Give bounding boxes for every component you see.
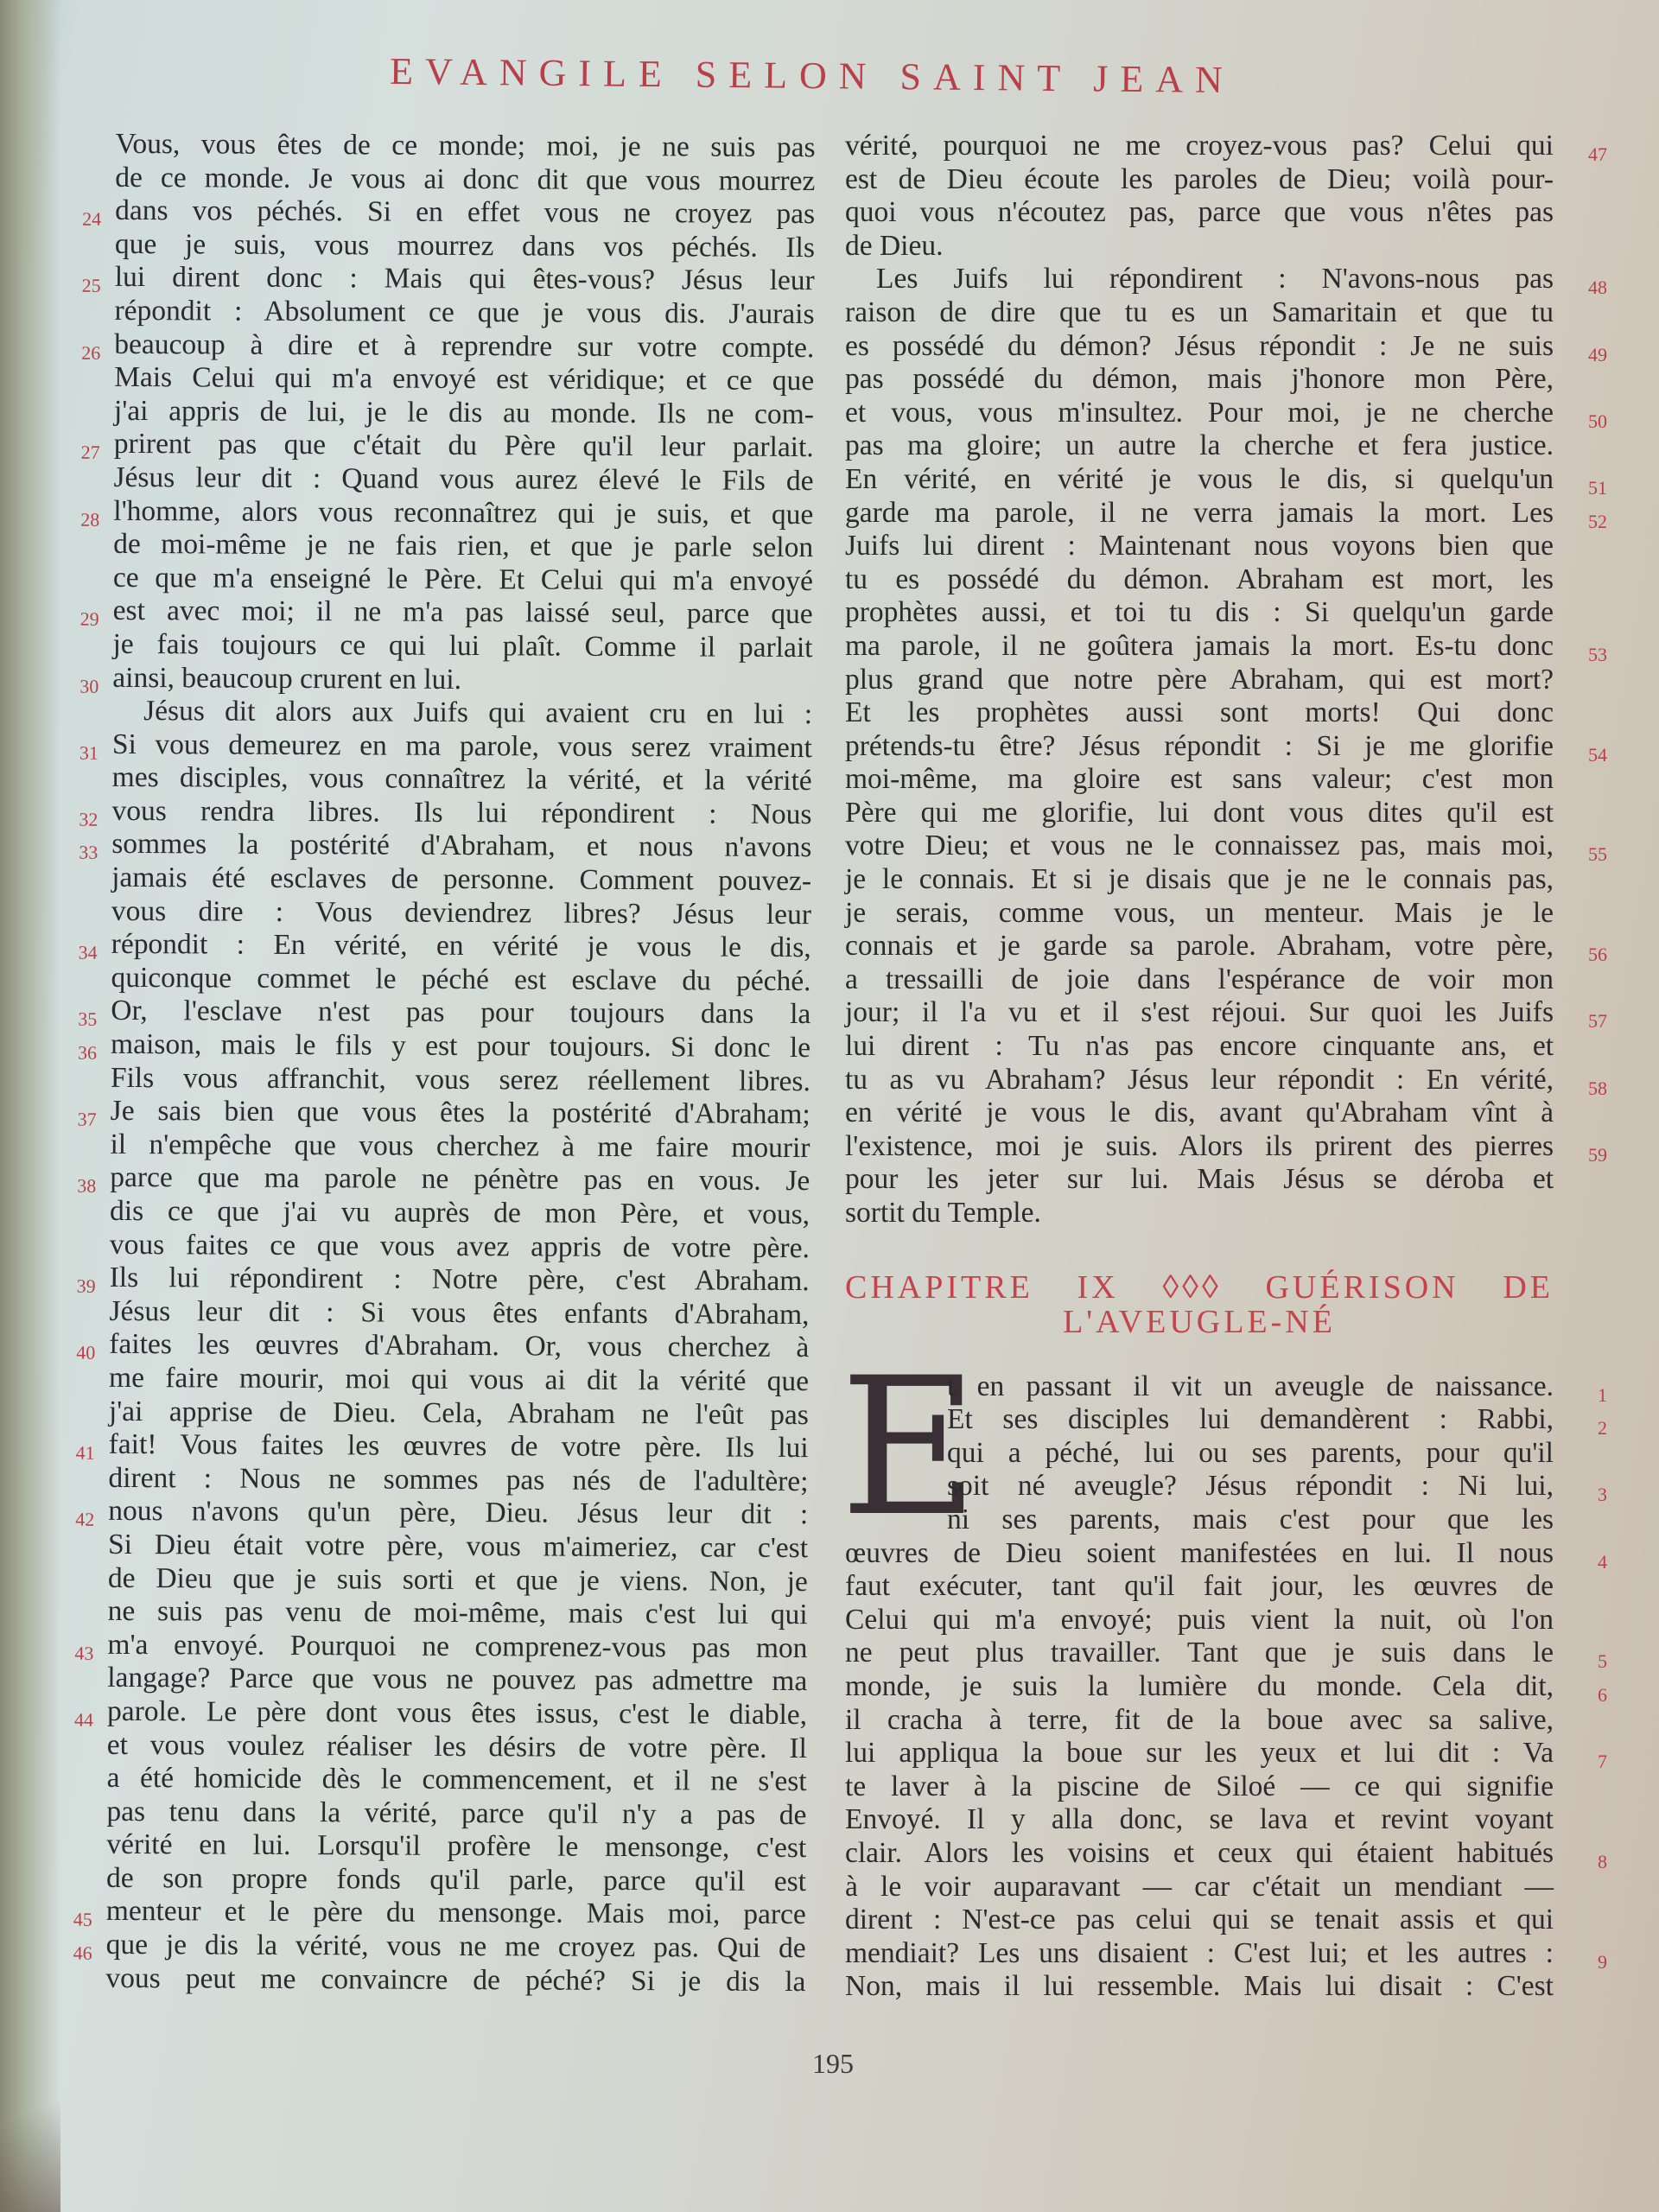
text-line: soit né aveugle? Jésus répondit : Ni lui…: [947, 1470, 1554, 1503]
text-line: Père qui me glorifie, lui dont vous dite…: [845, 797, 1554, 830]
text-line: Jésus leur dit : Quand vous aurez élevé …: [113, 461, 813, 499]
verse-number: 58: [1588, 1072, 1607, 1106]
verse-number: 28: [80, 503, 99, 537]
text-line: connais et je garde sa parole. Abraham, …: [845, 930, 1554, 963]
line-text: jour; il l'a vu et il s'est réjoui. Sur …: [845, 996, 1554, 1028]
text-line: parole. Le père dont vous êtes issus, c'…: [107, 1695, 807, 1732]
line-text: de moi-même je ne fais rien, et que je p…: [113, 528, 813, 563]
text-line: dans vos péchés. Si en effet vous ne cro…: [115, 194, 815, 232]
text-line: l'homme, alors vous reconnaîtrez qui je …: [113, 494, 813, 531]
line-text: de Dieu que je suis sorti et que je vien…: [108, 1561, 808, 1597]
text-line: il cracha à terre, fit de la boue avec s…: [845, 1704, 1554, 1738]
text-line: que je suis, vous mourrez dans vos péché…: [115, 228, 815, 265]
text-line: pas tenu dans la vérité, parce qu'il n'y…: [106, 1796, 806, 1833]
line-text: parole. Le père dont vous êtes issus, c'…: [107, 1695, 807, 1731]
verse-number: 40: [76, 1337, 95, 1370]
line-text: Fils vous affranchit, vous serez réellem…: [111, 1062, 810, 1097]
text-line: quoi vous n'écoutez pas, parce que vous …: [845, 196, 1554, 230]
text-line: vérité en lui. Lorsqu'il profère le mens…: [106, 1828, 806, 1866]
text-line: Jésus dit alors aux Juifs qui avaient cr…: [112, 695, 812, 732]
text-line: pour les jeter sur lui. Mais Jésus se dé…: [845, 1163, 1554, 1197]
text-line: fait! Vous faites les œuvres de votre pè…: [109, 1428, 809, 1465]
text-line: prirent pas que c'était du Père qu'il le…: [114, 428, 814, 465]
line-text: raison de dire que tu es un Samaritain e…: [845, 296, 1554, 328]
text-line: dirent : Nous ne sommes pas nés de l'adu…: [108, 1462, 808, 1499]
line-text: te laver à la piscine de Siloé — ce qui …: [845, 1770, 1554, 1802]
line-text: je le connais. Et si je disais que je ne…: [845, 863, 1554, 895]
text-line: monde, je suis la lumière du monde. Cela…: [845, 1670, 1554, 1704]
text-line: Or, l'esclave n'est pas pour toujours da…: [111, 995, 810, 1032]
text-line: faites les œuvres d'Abraham. Or, vous ch…: [109, 1328, 809, 1365]
verse-number: 42: [75, 1503, 94, 1537]
text-line: sortit du Temple.: [845, 1197, 1554, 1230]
text-line: et vous, vous m'insultez. Pour moi, je n…: [845, 397, 1554, 430]
line-text: je serais, comme vous, un menteur. Mais …: [845, 897, 1554, 929]
verse-number: 25: [82, 270, 101, 303]
text-line: Mais Celui qui m'a envoyé est véridique;…: [114, 361, 814, 398]
line-text: lui dirent donc : Mais qui êtes-vous? Jé…: [115, 261, 815, 296]
line-text: Envoyé. Il y alla donc, se lava et revin…: [845, 1803, 1554, 1835]
text-line: Les Juifs lui répondirent : N'avons-nous…: [845, 263, 1554, 296]
page-number: 195: [812, 2048, 854, 2080]
text-line: je serais, comme vous, un menteur. Mais …: [845, 897, 1554, 931]
text-line: dis ce que j'ai vu auprès de mon Père, e…: [110, 1195, 810, 1232]
line-text: Je sais bien que vous êtes la postérité …: [111, 1095, 810, 1130]
text-line: œuvres de Dieu soient manifestées en lui…: [845, 1537, 1554, 1571]
line-text: est avec moi; il ne m'a pas laissé seul,…: [113, 594, 813, 630]
text-line: ce que m'a enseigné le Père. Et Celui qu…: [113, 562, 813, 599]
text-line: j'ai apprise de Dieu. Cela, Abraham ne l…: [109, 1395, 809, 1432]
text-line: En vérité, en vérité je vous le dis, si …: [845, 463, 1554, 497]
text-line: il n'empêche que vous cherchez à me fair…: [110, 1128, 810, 1166]
verse-number: 44: [74, 1704, 93, 1738]
line-text: lui appliqua la boue sur les yeux et lui…: [845, 1737, 1554, 1769]
text-line: mes disciples, vous connaîtrez la vérité…: [112, 761, 812, 798]
line-text: pas tenu dans la vérité, parce qu'il n'y…: [106, 1796, 806, 1831]
line-text: vérité, pourquoi ne me croyez-vous pas? …: [845, 130, 1554, 162]
line-text: ainsi, beaucoup crurent en lui.: [112, 661, 461, 695]
line-text: clair. Alors les voisins et ceux qui éta…: [845, 1837, 1554, 1869]
line-text: que je suis, vous mourrez dans vos péché…: [115, 228, 815, 264]
verse-number: 48: [1588, 271, 1607, 305]
line-text: ce que m'a enseigné le Père. Et Celui qu…: [113, 562, 813, 597]
text-line: répondit : Absolument ce que je vous dis…: [114, 295, 814, 332]
text-line: lui dirent donc : Mais qui êtes-vous? Jé…: [115, 261, 815, 298]
text-line: Non, mais il lui ressemble. Mais lui dis…: [845, 1970, 1554, 2004]
text-line: et vous voulez réaliser les désirs de vo…: [107, 1728, 807, 1765]
text-line: pas possédé du démon, mais j'honore mon …: [845, 363, 1554, 397]
line-text: Et ses disciples lui demandèrent : Rabbi…: [947, 1403, 1554, 1435]
line-text: prétends-tu être? Jésus répondit : Si je…: [845, 730, 1554, 762]
chapter-ix-opening: E t en passant il vit un aveugle de nais…: [845, 1370, 1554, 2004]
verse-number: 41: [76, 1437, 95, 1471]
verse-number: 51: [1588, 472, 1607, 505]
verse-number: 29: [80, 603, 99, 637]
line-text: vous faites ce que vous avez appris de v…: [110, 1228, 810, 1263]
line-text: vérité en lui. Lorsqu'il profère le mens…: [106, 1828, 806, 1864]
line-text: vous dire : Vous deviendrez libres? Jésu…: [111, 895, 811, 931]
line-text: Jésus leur dit : Si vous êtes enfants d'…: [109, 1295, 809, 1331]
text-line: vous rendra libres. Ils lui répondirent …: [111, 795, 811, 832]
text-line: moi-même, ma gloire est sans valeur; c'e…: [845, 763, 1554, 797]
verse-number: 24: [82, 203, 101, 237]
line-text: maison, mais le fils y est pour toujours…: [111, 1028, 810, 1064]
line-text: ne suis pas venu de moi-même, mais c'est…: [108, 1595, 808, 1630]
text-line: ne peut plus travailler. Tant que je sui…: [845, 1637, 1554, 1670]
text-line: clair. Alors les voisins et ceux qui éta…: [845, 1837, 1554, 1871]
line-text: et vous voulez réaliser les désirs de vo…: [107, 1728, 807, 1764]
line-text: menteur et le père du mensonge. Mais moi…: [106, 1895, 806, 1930]
line-text: qui a péché, lui ou ses parents, pour qu…: [947, 1437, 1554, 1469]
line-text: prophètes aussi, et toi tu dis : Si quel…: [845, 596, 1554, 628]
text-line: me faire mourir, moi qui vous ai dit la …: [109, 1362, 809, 1399]
text-line: Ils lui répondirent : Notre père, c'est …: [110, 1262, 810, 1299]
line-text: vous peut me convaincre de péché? Si je …: [105, 1962, 805, 1998]
verse-number: 2: [1598, 1412, 1607, 1446]
line-text: Mais Celui qui m'a envoyé est véridique;…: [114, 361, 814, 397]
text-line: de ce monde. Je vous ai donc dit que vou…: [115, 161, 815, 198]
verse-number: 32: [79, 804, 98, 837]
line-text: de ce monde. Je vous ai donc dit que vou…: [115, 161, 815, 196]
right-column-text-chapter-viii: vérité, pourquoi ne me croyez-vous pas? …: [845, 130, 1554, 1230]
line-text: jamais été esclaves de personne. Comment…: [111, 861, 811, 897]
text-line: de Dieu.: [845, 230, 1554, 264]
text-line: te laver à la piscine de Siloé — ce qui …: [845, 1770, 1554, 1804]
text-line: dirent : N'est-ce pas celui qui se tenai…: [845, 1904, 1554, 1937]
verse-number: 46: [73, 1937, 92, 1971]
verse-number: 55: [1588, 838, 1607, 872]
text-line: de moi-même je ne fais rien, et que je p…: [113, 528, 813, 565]
text-line: nous n'avons qu'un père, Dieu. Jésus leu…: [108, 1495, 808, 1532]
verse-number: 8: [1598, 1846, 1607, 1879]
line-text: garde ma parole, il ne verra jamais la m…: [845, 497, 1554, 529]
line-text: quiconque commet le péché est esclave du…: [111, 962, 810, 997]
text-line: sommes la postérité d'Abraham, et nous n…: [111, 828, 811, 865]
line-text: Ils lui répondirent : Notre père, c'est …: [110, 1262, 810, 1297]
line-text: et vous, vous m'insultez. Pour moi, je n…: [845, 397, 1554, 429]
text-line: a tressailli de joie dans l'espérance de…: [845, 963, 1554, 997]
text-line: plus grand que notre père Abraham, qui e…: [845, 664, 1554, 697]
line-text: que je dis la vérité, vous ne me croyez …: [106, 1929, 806, 1964]
text-line: je le connais. Et si je disais que je ne…: [845, 863, 1554, 897]
line-text: est de Dieu écoute les paroles de Dieu; …: [845, 163, 1554, 195]
line-text: m'a envoyé. Pourquoi ne comprenez-vous p…: [107, 1629, 807, 1664]
text-line: ni ses parents, mais c'est pour que les: [947, 1503, 1554, 1537]
text-line: en vérité je vous le dis, avant qu'Abrah…: [845, 1096, 1554, 1130]
text-line: Juifs lui dirent : Maintenant nous voyon…: [845, 530, 1554, 563]
line-text: a été homicide dès le commencement, et i…: [107, 1762, 807, 1797]
line-text: langage? Parce que vous ne pouvez pas ad…: [107, 1662, 807, 1697]
line-text: tu as vu Abraham? Jésus leur répondit : …: [845, 1064, 1554, 1096]
text-line: j'ai appris de lui, je le dis au monde. …: [114, 395, 814, 432]
text-line: pas ma gloire; un autre la cherche et fe…: [845, 429, 1554, 463]
line-text: es possédé du démon? Jésus répondit : Je…: [845, 330, 1554, 362]
verse-number: 3: [1598, 1478, 1607, 1512]
text-line: jour; il l'a vu et il s'est réjoui. Sur …: [845, 996, 1554, 1030]
line-text: parce que ma parole ne pénètre pas en vo…: [110, 1161, 810, 1197]
line-text: En vérité, en vérité je vous le dis, si …: [845, 463, 1554, 495]
line-text: ma parole, il ne goûtera jamais la mort.…: [845, 630, 1554, 662]
text-line: vous dire : Vous deviendrez libres? Jésu…: [111, 895, 811, 932]
line-text: pas possédé du démon, mais j'honore mon …: [845, 363, 1554, 395]
line-text: Juifs lui dirent : Maintenant nous voyon…: [845, 530, 1554, 562]
text-line: ma parole, il ne goûtera jamais la mort.…: [845, 630, 1554, 664]
verse-number: 39: [77, 1270, 96, 1304]
text-line: Fils vous affranchit, vous serez réellem…: [111, 1062, 810, 1099]
verse-number: 47: [1588, 138, 1607, 172]
chapter-title-line-1: CHAPITRE IX ◊◊◊ GUÉRISON DE: [845, 1270, 1554, 1305]
text-line: quiconque commet le péché est esclave du…: [111, 962, 810, 999]
verse-number: 56: [1588, 938, 1607, 972]
text-line: m'a envoyé. Pourquoi ne comprenez-vous p…: [107, 1629, 807, 1666]
text-line: vérité, pourquoi ne me croyez-vous pas? …: [845, 130, 1554, 163]
verse-number: 5: [1598, 1645, 1607, 1679]
text-line: lui dirent : Tu n'as pas encore cinquant…: [845, 1030, 1554, 1064]
line-text: Jésus leur dit : Quand vous aurez élevé …: [113, 461, 813, 497]
line-text: quoi vous n'écoutez pas, parce que vous …: [845, 196, 1554, 228]
verse-number: 35: [78, 1003, 97, 1037]
verse-number: 54: [1588, 739, 1607, 772]
line-text: faites les œuvres d'Abraham. Or, vous ch…: [109, 1328, 809, 1363]
text-line: menteur et le père du mensonge. Mais moi…: [106, 1895, 806, 1932]
line-text: nous n'avons qu'un père, Dieu. Jésus leu…: [108, 1495, 808, 1530]
line-text: répondit : En vérité, en vérité je vous …: [111, 928, 811, 963]
text-line: ne suis pas venu de moi-même, mais c'est…: [108, 1595, 808, 1632]
text-line: je fais toujours ce qui lui plaît. Comme…: [112, 628, 812, 665]
line-text: monde, je suis la lumière du monde. Cela…: [845, 1670, 1554, 1702]
verse-number: 26: [81, 336, 100, 370]
line-text: mes disciples, vous connaîtrez la vérité…: [112, 761, 812, 797]
line-text: vous rendra libres. Ils lui répondirent …: [111, 795, 811, 830]
verse-number: 34: [79, 937, 98, 970]
line-text: dis ce que j'ai vu auprès de mon Père, e…: [110, 1195, 810, 1230]
line-text: dirent : N'est-ce pas celui qui se tenai…: [845, 1904, 1554, 1935]
verse-number: 52: [1588, 505, 1607, 539]
line-text: Or, l'esclave n'est pas pour toujours da…: [111, 995, 810, 1030]
text-line: Celui qui m'a envoyé; puis vient la nuit…: [845, 1604, 1554, 1637]
text-line: tu as vu Abraham? Jésus leur répondit : …: [845, 1064, 1554, 1097]
line-text: sommes la postérité d'Abraham, et nous n…: [111, 828, 811, 863]
text-line: beaucoup à dire et à reprendre sur votre…: [114, 327, 814, 365]
text-line: vous peut me convaincre de péché? Si je …: [105, 1962, 805, 1999]
line-text: il n'empêche que vous cherchez à me fair…: [110, 1128, 810, 1164]
line-text: Non, mais il lui ressemble. Mais lui dis…: [845, 1970, 1554, 2002]
line-text: Celui qui m'a envoyé; puis vient la nuit…: [845, 1604, 1554, 1636]
line-text: soit né aveugle? Jésus répondit : Ni lui…: [947, 1470, 1554, 1502]
verse-number: 33: [79, 836, 98, 870]
chapter-title-line-2: L'AVEUGLE-NÉ: [845, 1305, 1554, 1339]
text-line: Jésus leur dit : Si vous êtes enfants d'…: [109, 1295, 809, 1332]
line-text: votre Dieu; et vous ne le connaissez pas…: [845, 829, 1554, 861]
text-line: faut exécuter, tant qu'il fait jour, les…: [845, 1570, 1554, 1604]
verse-number: 59: [1588, 1139, 1607, 1173]
verse-number: 53: [1588, 639, 1607, 672]
text-line: parce que ma parole ne pénètre pas en vo…: [110, 1161, 810, 1198]
line-text: l'existence, moi je suis. Alors ils prir…: [845, 1130, 1554, 1162]
line-text: prirent pas que c'était du Père qu'il le…: [114, 428, 814, 463]
line-text: ni ses parents, mais c'est pour que les: [947, 1503, 1554, 1535]
line-text: Père qui me glorifie, lui dont vous dite…: [845, 797, 1554, 829]
line-text: faut exécuter, tant qu'il fait jour, les…: [845, 1570, 1554, 1602]
right-column: vérité, pourquoi ne me croyez-vous pas? …: [845, 130, 1554, 2004]
verse-number: 49: [1588, 339, 1607, 372]
running-head: EVANGILE SELON SAINT JEAN: [354, 48, 1270, 102]
text-line: prophètes aussi, et toi tu dis : Si quel…: [845, 596, 1554, 630]
finger-shadow: [0, 2074, 60, 2212]
line-text: t en passant il vit un aveugle de naissa…: [947, 1370, 1554, 1402]
text-line: prétends-tu être? Jésus répondit : Si je…: [845, 730, 1554, 764]
line-text: dirent : Nous ne sommes pas nés de l'adu…: [108, 1462, 808, 1497]
text-line: Si Dieu était votre père, vous m'aimerie…: [108, 1529, 808, 1566]
line-text: à le voir auparavant — car c'était un me…: [845, 1871, 1554, 1903]
text-line: jamais été esclaves de personne. Comment…: [111, 861, 811, 899]
verse-number: 57: [1588, 1005, 1607, 1039]
text-line: est de Dieu écoute les paroles de Dieu; …: [845, 163, 1554, 197]
line-text: de Dieu.: [845, 230, 944, 262]
verse-number: 30: [79, 670, 99, 703]
line-text: pas ma gloire; un autre la cherche et fe…: [845, 429, 1554, 461]
text-line: de son propre fonds qu'il parle, parce q…: [106, 1862, 806, 1899]
verse-number: 27: [81, 436, 100, 470]
line-text: dans vos péchés. Si en effet vous ne cro…: [115, 194, 815, 230]
text-line: répondit : En vérité, en vérité je vous …: [111, 928, 811, 965]
line-text: Si Dieu était votre père, vous m'aimerie…: [108, 1529, 808, 1564]
text-line: Et ses disciples lui demandèrent : Rabbi…: [947, 1403, 1554, 1437]
text-line: raison de dire que tu es un Samaritain e…: [845, 296, 1554, 330]
text-line: langage? Parce que vous ne pouvez pas ad…: [107, 1662, 807, 1699]
text-line: garde ma parole, il ne verra jamais la m…: [845, 497, 1554, 531]
text-line: de Dieu que je suis sorti et que je vien…: [108, 1561, 808, 1599]
text-line: mendiait? Les uns disaient : C'est lui; …: [845, 1937, 1554, 1971]
text-line: Je sais bien que vous êtes la postérité …: [111, 1095, 810, 1132]
verse-number: 36: [78, 1037, 97, 1071]
text-line: Vous, vous êtes de ce monde; moi, je ne …: [115, 128, 815, 165]
text-line: t en passant il vit un aveugle de naissa…: [947, 1370, 1554, 1404]
line-text: je fais toujours ce qui lui plaît. Comme…: [112, 628, 812, 664]
line-text: j'ai appris de lui, je le dis au monde. …: [114, 395, 814, 430]
verse-number: 50: [1588, 405, 1607, 439]
line-text: plus grand que notre père Abraham, qui e…: [845, 664, 1554, 696]
text-line: ainsi, beaucoup crurent en lui.30: [112, 661, 812, 698]
line-text: Et les prophètes aussi sont morts! Qui d…: [845, 696, 1554, 728]
line-text: connais et je garde sa parole. Abraham, …: [845, 930, 1554, 962]
chapter-title: CHAPITRE IX ◊◊◊ GUÉRISON DE L'AVEUGLE-NÉ: [845, 1270, 1554, 1339]
line-text: il cracha à terre, fit de la boue avec s…: [845, 1704, 1554, 1736]
text-line: qui a péché, lui ou ses parents, pour qu…: [947, 1437, 1554, 1471]
text-line: a été homicide dès le commencement, et i…: [107, 1762, 807, 1799]
line-text: moi-même, ma gloire est sans valeur; c'e…: [845, 763, 1554, 795]
verse-number: 37: [78, 1103, 97, 1137]
line-text: mendiait? Les uns disaient : C'est lui; …: [845, 1937, 1554, 1969]
verse-number: 38: [77, 1170, 96, 1204]
line-text: Les Juifs lui répondirent : N'avons-nous…: [876, 263, 1554, 295]
line-text: Jésus dit alors aux Juifs qui avaient cr…: [143, 695, 812, 730]
line-text: j'ai apprise de Dieu. Cela, Abraham ne l…: [109, 1395, 809, 1430]
text-line: l'existence, moi je suis. Alors ils prir…: [845, 1130, 1554, 1164]
line-text: pour les jeter sur lui. Mais Jésus se dé…: [845, 1163, 1554, 1195]
verse-number: 6: [1598, 1679, 1607, 1713]
text-line: lui appliqua la boue sur les yeux et lui…: [845, 1737, 1554, 1770]
text-line: es possédé du démon? Jésus répondit : Je…: [845, 330, 1554, 364]
text-line: vous faites ce que vous avez appris de v…: [110, 1228, 810, 1265]
line-text: Si vous demeurez en ma parole, vous sere…: [112, 728, 812, 764]
line-text: sortit du Temple.: [845, 1197, 1041, 1229]
line-text: beaucoup à dire et à reprendre sur votre…: [114, 327, 814, 363]
verse-number: 4: [1598, 1546, 1607, 1580]
line-text: répondit : Absolument ce que je vous dis…: [114, 295, 814, 330]
line-text: Vous, vous êtes de ce monde; moi, je ne …: [115, 128, 815, 163]
verse-number: 31: [79, 736, 99, 770]
text-line: maison, mais le fils y est pour toujours…: [111, 1028, 810, 1065]
text-line: Et les prophètes aussi sont morts! Qui d…: [845, 696, 1554, 730]
line-text: fait! Vous faites les œuvres de votre pè…: [109, 1428, 809, 1464]
verse-number: 9: [1598, 1946, 1607, 1980]
verse-number: 43: [74, 1637, 93, 1670]
text-line: Envoyé. Il y alla donc, se lava et revin…: [845, 1803, 1554, 1837]
page-gutter-shadow: [0, 0, 60, 2212]
text-line: Si vous demeurez en ma parole, vous sere…: [112, 728, 812, 766]
left-column: Vous, vous êtes de ce monde; moi, je ne …: [105, 128, 815, 1999]
line-text: en vérité je vous le dis, avant qu'Abrah…: [845, 1096, 1554, 1128]
text-line: votre Dieu; et vous ne le connaissez pas…: [845, 829, 1554, 863]
line-text: tu es possédé du démon. Abraham est mort…: [845, 563, 1554, 595]
text-line: que je dis la vérité, vous ne me croyez …: [106, 1929, 806, 1966]
text-line: tu es possédé du démon. Abraham est mort…: [845, 563, 1554, 597]
line-text: a tressailli de joie dans l'espérance de…: [845, 963, 1554, 995]
line-text: œuvres de Dieu soient manifestées en lui…: [845, 1537, 1554, 1569]
text-line: est avec moi; il ne m'a pas laissé seul,…: [113, 594, 813, 632]
line-text: l'homme, alors vous reconnaîtrez qui je …: [113, 494, 813, 530]
line-text: lui dirent : Tu n'as pas encore cinquant…: [845, 1030, 1554, 1062]
line-text: de son propre fonds qu'il parle, parce q…: [106, 1862, 806, 1897]
verse-number: 7: [1598, 1745, 1607, 1779]
verse-number: 45: [73, 1904, 92, 1937]
verse-number: 1: [1598, 1379, 1607, 1413]
text-line: à le voir auparavant — car c'était un me…: [845, 1871, 1554, 1904]
line-text: me faire mourir, moi qui vous ai dit la …: [109, 1362, 809, 1397]
line-text: ne peut plus travailler. Tant que je sui…: [845, 1637, 1554, 1669]
right-column-text-chapter-ix: t en passant il vit un aveugle de naissa…: [845, 1370, 1554, 2004]
